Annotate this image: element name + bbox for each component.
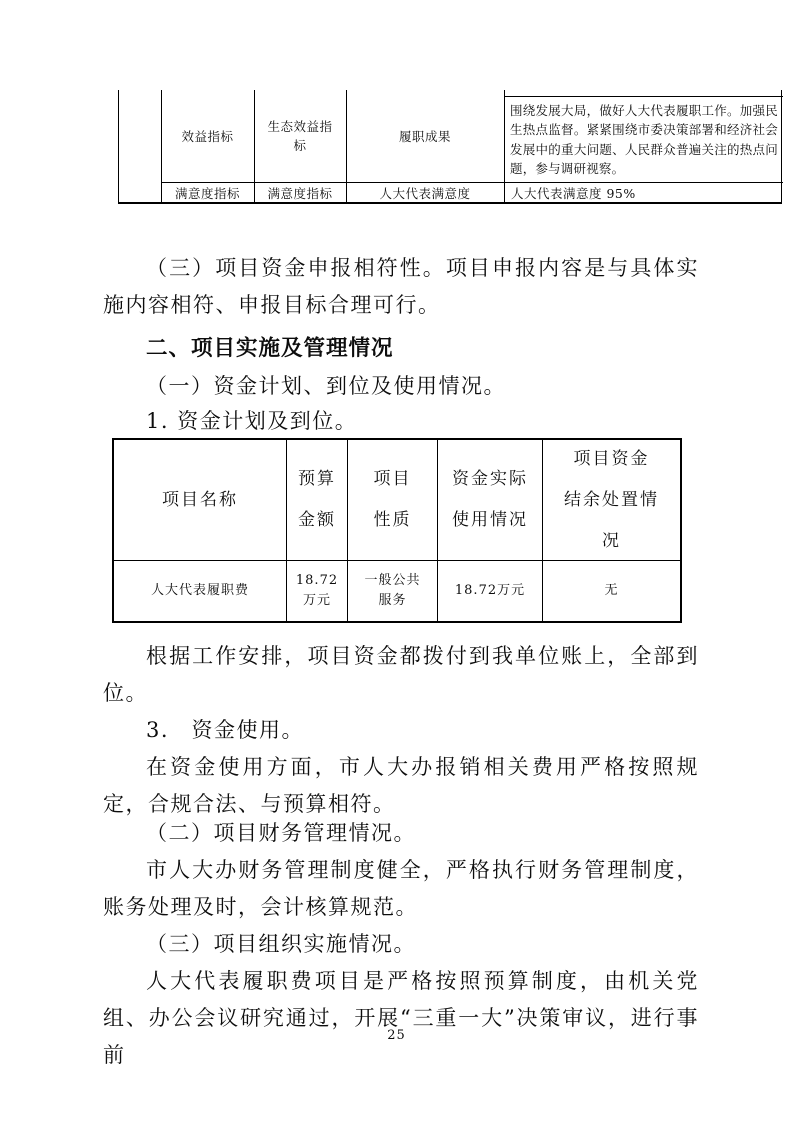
section-heading-implementation: 二、项目实施及管理情况 [103, 330, 699, 367]
cell-benefit-value: 围绕发展大局，做好人大代表履职工作。加强民生热点监督。紧紧围绕市委决策部署和经济… [505, 97, 783, 182]
cell-project-nature: 一般公共 服务 [348, 561, 438, 621]
header-budget-amount: 预算 金额 [287, 440, 348, 561]
subsection-fund-plan: （一）资金计划、到位及使用情况。 [103, 368, 699, 405]
item-fund-plan-arrival: 1. 资金计划及到位。 [103, 403, 699, 440]
cell-actual-use: 18.72万元 [438, 561, 543, 621]
indicator-table: 效益指标 生态效益指 标 履职成果 围绕发展大局，做好人大代表履职工作。加强民生… [118, 90, 782, 204]
cell-satisfaction-category: 满意度指标 [161, 182, 254, 204]
paragraph-financial-management-detail: 市人大办财务管理制度健全，严格执行财务管理制度，账务处理及时，会计核算规范。 [103, 852, 699, 926]
header-project-nature: 项目 性质 [348, 440, 438, 561]
paragraph-funds-arrival: 根据工作安排，项目资金都拨付到我单位账上，全部到位。 [103, 638, 699, 712]
funding-table: 项目名称 预算 金额 项目 性质 资金实际 使用情况 项目资金 结余处置情 况 … [112, 438, 682, 623]
page-number: 25 [0, 1028, 793, 1043]
header-actual-use: 资金实际 使用情况 [438, 440, 543, 561]
paragraph-fund-use-detail: 在资金使用方面，市人大办报销相关费用严格按照规定，合规合法、与预算相符。 [103, 749, 699, 823]
cell-satisfaction-value: 人大代表满意度 95% [505, 182, 783, 204]
cell-budget-amount: 18.72 万元 [287, 561, 348, 621]
header-surplus-disposal: 项目资金 结余处置情 况 [543, 440, 680, 561]
paragraph-fund-application-conformity: （三）项目资金申报相符性。项目申报内容是与具体实施内容相符、申报目标合理可行。 [103, 250, 699, 324]
item-fund-use: 3. 资金使用。 [103, 712, 699, 749]
cell-satisfaction-indicator: 人大代表满意度 [346, 182, 504, 204]
subsection-organization-implementation: （三）项目组织实施情况。 [103, 926, 699, 963]
cell-benefit-category: 效益指标 [161, 90, 254, 182]
document-page: 效益指标 生态效益指 标 履职成果 围绕发展大局，做好人大代表履职工作。加强民生… [0, 0, 793, 1122]
subsection-financial-management: （二）项目财务管理情况。 [103, 815, 699, 852]
cell-benefit-subcategory: 生态效益指 标 [254, 90, 346, 182]
cell-surplus-disposal: 无 [543, 561, 680, 621]
cell-project-name: 人大代表履职费 [114, 561, 287, 621]
paragraph-implementation-detail: 人大代表履职费项目是严格按照预算制度，由机关党组、办公会议研究通过，开展“三重一… [103, 963, 699, 1074]
header-project-name: 项目名称 [114, 440, 287, 561]
cell-satisfaction-subcategory: 满意度指标 [254, 182, 346, 204]
cell-benefit-indicator: 履职成果 [346, 90, 504, 182]
